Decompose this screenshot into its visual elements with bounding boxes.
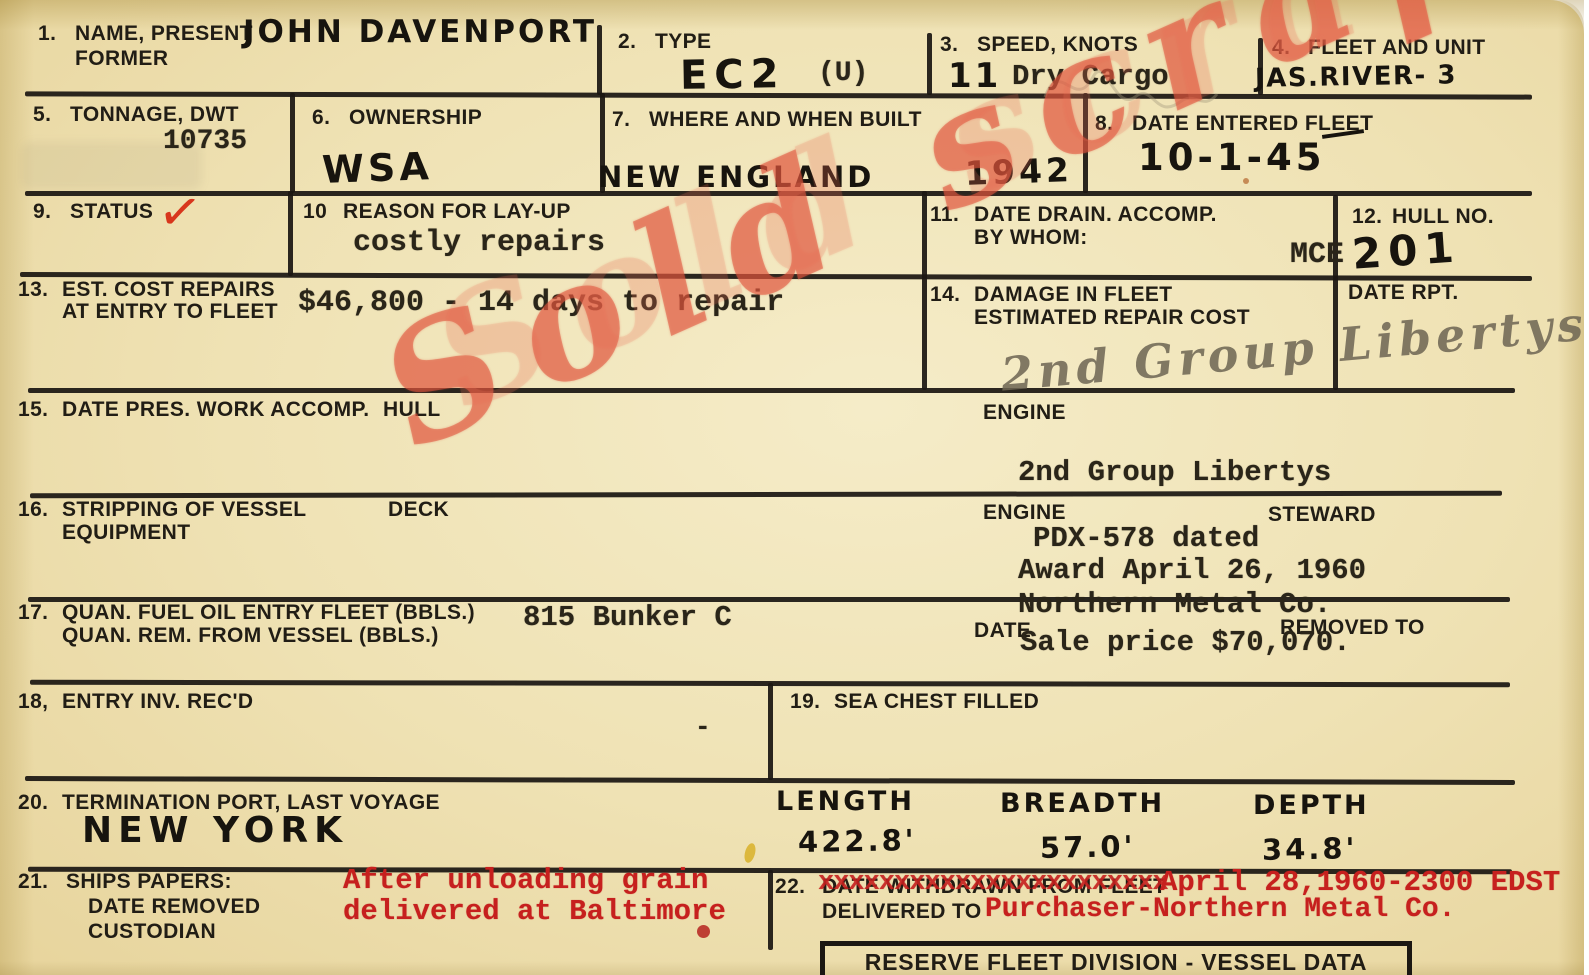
field-14-sublabel: ESTIMATED REPAIR COST (974, 306, 1250, 330)
field-21-number: 21. (18, 870, 48, 894)
field-5-value-typed: 10735 (163, 126, 247, 157)
breadth-label-handwritten: BREADTH (1000, 788, 1165, 819)
field-12-value-handwritten: 201 (1350, 222, 1462, 278)
field-10-label: REASON FOR LAY-UP (343, 200, 571, 224)
footer-title-box: RESERVE FLEET DIVISION - VESSEL DATA (820, 941, 1412, 975)
paper-edge-shade-right (1558, 0, 1584, 975)
index-card-paper: 1. NAME, PRESENT FORMER JOHN DAVENPORT 2… (0, 0, 1584, 975)
field-15-label: DATE PRES. WORK ACCOMP. (62, 398, 370, 422)
length-label-handwritten: LENGTH (776, 786, 915, 817)
field-15-engine-value-typed: 2nd Group Libertys (1018, 456, 1331, 489)
field-2-label: TYPE (655, 30, 711, 54)
field-19-label: SEA CHEST FILLED (834, 690, 1039, 714)
field-12-number: 12. (1352, 205, 1382, 229)
field-20-value-handwritten: NEW YORK (82, 810, 348, 851)
field-16-typed-line1: PDX-578 dated (1033, 522, 1259, 555)
field-17-value-typed: 815 Bunker C (523, 601, 732, 634)
field-18-label: ENTRY INV. REC'D (62, 690, 254, 714)
field-2-note-typed: (U) (818, 58, 868, 89)
field-16-steward-label: STEWARD (1268, 503, 1376, 527)
field-1-sublabel: FORMER (75, 47, 168, 71)
field-15-engine-label: ENGINE (983, 401, 1066, 425)
field-22-number: 22. (775, 875, 805, 899)
field-6-number: 6. (312, 106, 330, 130)
paper-edge-shade-left (0, 0, 34, 975)
grid-line (768, 683, 773, 780)
footer-title: RESERVE FLEET DIVISION - VESSEL DATA (865, 949, 1368, 975)
field-14-number: 14. (930, 283, 960, 307)
field-21-label: SHIPS PAPERS: (66, 870, 232, 894)
field-16-number: 16. (18, 498, 48, 522)
field-9-number: 9. (33, 200, 51, 224)
field-21-sublabel1: DATE REMOVED (88, 895, 260, 919)
field-14-label: DAMAGE IN FLEET (974, 283, 1173, 307)
field-19-number: 19. (790, 690, 820, 714)
field-16-sublabel: EQUIPMENT (62, 521, 190, 545)
field-2-value-handwritten: EC2 (680, 51, 786, 99)
field-9-label: STATUS (70, 200, 153, 224)
field-12-prefix-typed: MCE (1290, 238, 1344, 272)
field-6-label: OWNERSHIP (349, 106, 482, 130)
field-18-dash-typed: - (695, 712, 711, 742)
field-22-red-delivered-typed: Purchaser-Northern Metal Co. (985, 894, 1455, 925)
depth-label-handwritten: DEPTH (1253, 790, 1370, 821)
field-2-number: 2. (618, 30, 636, 54)
field-16-label: STRIPPING OF VESSEL (62, 498, 306, 522)
field-5-label: TONNAGE, DWT (70, 103, 239, 127)
grid-line (768, 870, 773, 950)
field-22-delivered-label: DELIVERED TO (822, 900, 982, 924)
field-18-number: 18, (18, 690, 48, 714)
field-13-number: 13. (18, 278, 48, 302)
grid-line (28, 388, 1515, 393)
length-value-handwritten: 422.8' (798, 823, 917, 859)
field-15-number: 15. (18, 398, 48, 422)
yellow-stain (743, 842, 758, 864)
field-13-label: EST. COST REPAIRS (62, 278, 275, 302)
grid-line (597, 25, 602, 95)
field-17-number: 17. (18, 601, 48, 625)
field-21-sublabel2: CUSTODIAN (88, 920, 216, 944)
field-14-date-rpt-label: DATE RPT. (1348, 281, 1459, 305)
field-17-sublabel: QUAN. REM. FROM VESSEL (BBLS.) (62, 624, 439, 648)
grid-line (290, 93, 295, 193)
scanned-vessel-data-card: 1. NAME, PRESENT FORMER JOHN DAVENPORT 2… (0, 0, 1589, 975)
grid-line (288, 191, 293, 276)
field-16-deck-label: DECK (388, 498, 449, 522)
field-17-right-typed2: Sale price $70,070. (1020, 626, 1351, 659)
field-5-number: 5. (33, 103, 51, 127)
red-checkmark: ✓ (154, 180, 206, 245)
field-1-number: 1. (38, 22, 56, 46)
field-21-red-typed2: delivered at Baltimore (343, 895, 726, 928)
depth-value-handwritten: 34.8' (1262, 831, 1358, 867)
field-1-label: NAME, PRESENT (75, 22, 253, 46)
field-7-number: 7. (612, 108, 630, 132)
field-17-label: QUAN. FUEL OIL ENTRY FLEET (BBLS.) (62, 601, 475, 625)
breadth-value-handwritten: 57.0' (1040, 829, 1136, 865)
field-21-red-typed1: After unloading grain (343, 864, 708, 897)
field-16-typed-line2: Award April 26, 1960 (1018, 554, 1366, 587)
field-13-sublabel: AT ENTRY TO FLEET (62, 300, 278, 324)
field-1-value-handwritten: JOHN DAVENPORT (243, 14, 597, 50)
field-6-value-handwritten: WSA (321, 144, 433, 192)
field-20-number: 20. (18, 791, 48, 815)
field-10-number: 10 (303, 200, 327, 224)
